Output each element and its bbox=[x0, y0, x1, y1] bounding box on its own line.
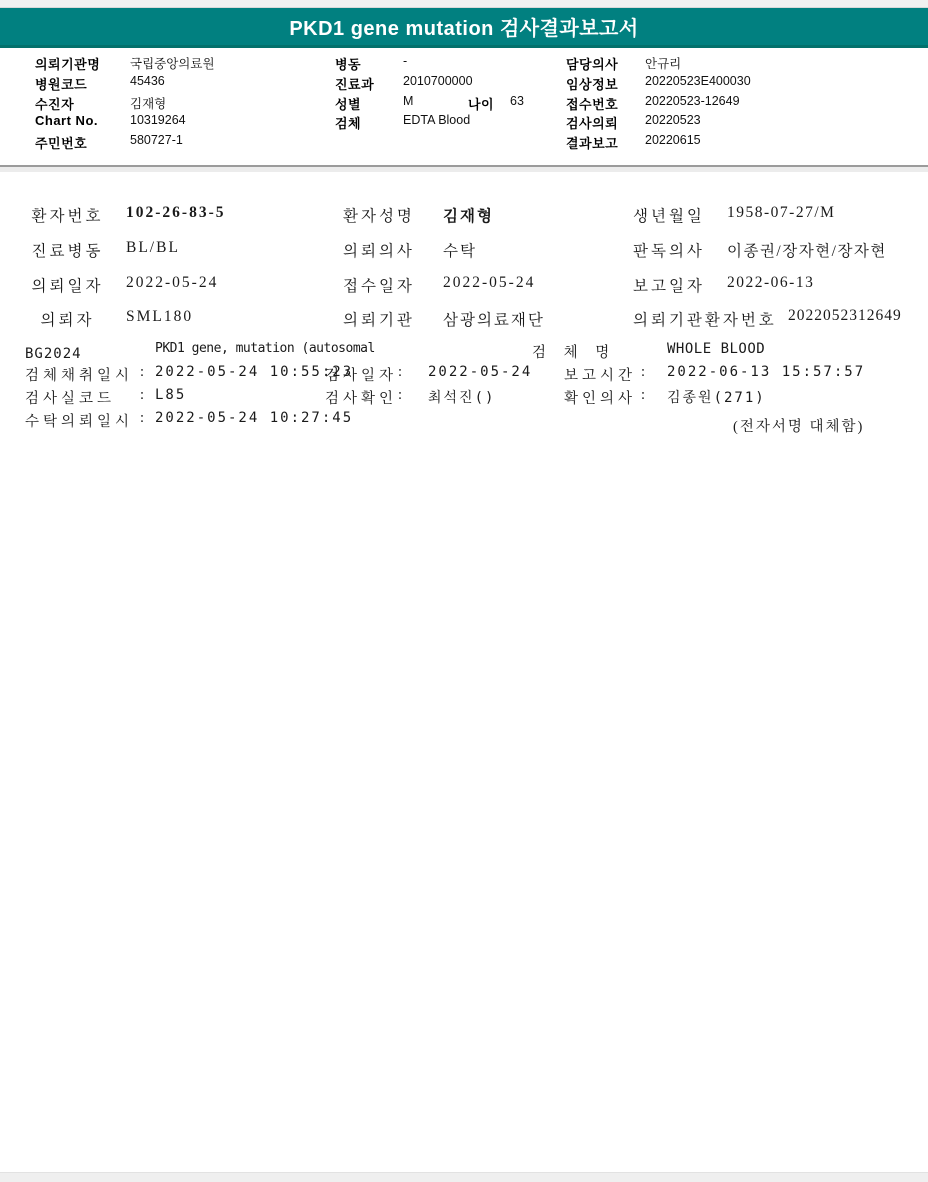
header-info-col2: 병동 - 진료과 2010700000 성별 M 나이 63 검체 EDTA B… bbox=[335, 54, 524, 133]
field-label: 임상정보 bbox=[566, 74, 645, 93]
patient-row: 의뢰일자 2022-05-24 접수일자 2022-05-24 보고일자 202… bbox=[0, 274, 928, 306]
field-value: 삼광의료재단 bbox=[443, 308, 545, 330]
report-title-bar: PKD1 gene mutation 검사결과보고서 bbox=[0, 8, 928, 48]
field-value: 2022-05-24 bbox=[443, 274, 535, 292]
header-field-row: 의뢰기관명 국립중앙의료원 bbox=[35, 54, 215, 74]
header-field-row: 결과보고 20220615 bbox=[566, 133, 751, 153]
field-label: 환자번호 bbox=[25, 204, 110, 226]
field-value: L85 bbox=[155, 387, 186, 403]
header-field-row-sex-age: 성별 M 나이 63 bbox=[335, 94, 524, 114]
field-label: 진료병동 bbox=[25, 239, 110, 261]
header-field-row: 검사의뢰 20220523 bbox=[566, 113, 751, 133]
header-info-col3: 담당의사 안규리 임상정보 20220523E400030 접수번호 20220… bbox=[566, 54, 751, 153]
colon-separator: : bbox=[641, 387, 645, 404]
field-value: 580727-1 bbox=[130, 133, 183, 147]
field-label: 의뢰기관 bbox=[343, 308, 415, 330]
colon-separator: : bbox=[641, 364, 645, 381]
field-value: 2022-05-24 bbox=[126, 274, 218, 292]
field-value: 20220523 bbox=[645, 113, 701, 127]
header-field-row: 주민번호 580727-1 bbox=[35, 133, 215, 153]
field-value: 10319264 bbox=[130, 113, 186, 127]
field-value: 2010700000 bbox=[403, 74, 473, 88]
header-field-row: 검체 EDTA Blood bbox=[335, 113, 524, 133]
header-field-row: 담당의사 안규리 bbox=[566, 54, 751, 74]
colon-separator: : bbox=[398, 364, 402, 381]
test-code: BG2024 bbox=[25, 346, 82, 362]
header-field-row: 진료과 2010700000 bbox=[335, 74, 524, 94]
field-value: 1958-07-27/M bbox=[727, 204, 835, 222]
field-value: 20220523E400030 bbox=[645, 74, 751, 88]
header-field-row: 접수번호 20220523-12649 bbox=[566, 94, 751, 114]
specimen-value: WHOLE BLOOD bbox=[667, 341, 765, 357]
field-label: 보고일자 bbox=[633, 274, 705, 296]
field-label: 확인의사 bbox=[564, 387, 636, 408]
header-field-row: 수진자 김재형 bbox=[35, 94, 215, 114]
field-label: 의뢰기관명 bbox=[35, 54, 130, 73]
test-name: PKD1 gene, mutation (autosomal bbox=[155, 341, 375, 356]
field-label: 의뢰의사 bbox=[343, 239, 415, 261]
field-value: 2022-05-24 10:27:45 bbox=[155, 410, 353, 426]
top-margin-strip bbox=[0, 0, 928, 8]
colon-separator: : bbox=[398, 387, 402, 404]
field-value: 63 bbox=[510, 94, 524, 108]
colon-separator: : bbox=[140, 410, 144, 427]
field-label: 생년월일 bbox=[633, 204, 705, 226]
field-value: 2022-06-13 15:57:57 bbox=[667, 364, 865, 380]
report-page: PKD1 gene mutation 검사결과보고서 의뢰기관명 국립중앙의료원… bbox=[0, 0, 928, 1182]
field-value: - bbox=[403, 54, 407, 68]
field-value: 수탁 bbox=[443, 239, 477, 261]
field-label: 접수번호 bbox=[566, 94, 645, 113]
field-value: EDTA Blood bbox=[403, 113, 470, 127]
field-value: SML180 bbox=[126, 308, 193, 326]
colon-separator: : bbox=[140, 364, 144, 381]
field-value: 2022-05-24 bbox=[428, 364, 532, 380]
field-value: BL/BL bbox=[126, 239, 180, 257]
header-field-row: 임상정보 20220523E400030 bbox=[566, 74, 751, 94]
header-field-row: Chart No. 10319264 bbox=[35, 113, 215, 133]
field-value: 2022-06-13 bbox=[727, 274, 814, 292]
electronic-signature-note: (전자서명 대체함) bbox=[733, 415, 864, 436]
report-title: PKD1 gene mutation 검사결과보고서 bbox=[289, 12, 638, 41]
test-detail-row: 수탁의뢰일시 : 2022-05-24 10:27:45 (전자서명 대체함) bbox=[0, 410, 928, 432]
field-label: 수탁의뢰일시 bbox=[25, 410, 133, 431]
field-value: 최석진() bbox=[428, 387, 495, 407]
field-value: 2022052312649 bbox=[788, 308, 904, 324]
colon-separator: : bbox=[140, 387, 144, 404]
header-info-col1: 의뢰기관명 국립중앙의료원 병원코드 45436 수진자 김재형 Chart N… bbox=[35, 54, 215, 153]
field-value: 안규리 bbox=[645, 54, 681, 72]
test-detail-row: 검체채취일시 : 2022-05-24 10:55:23 검사일자 : 2022… bbox=[0, 364, 928, 386]
field-label: 의뢰기관환자번호 bbox=[633, 308, 777, 330]
field-label: 진료과 bbox=[335, 74, 403, 93]
field-label: 보고시간 bbox=[564, 364, 636, 385]
field-label: 수진자 bbox=[35, 94, 130, 113]
field-label: 병동 bbox=[335, 54, 403, 73]
field-label: 검사확인 bbox=[325, 387, 397, 408]
field-label: 판독의사 bbox=[633, 239, 705, 261]
header-field-row: 병원코드 45436 bbox=[35, 74, 215, 94]
header-field-row: 병동 - bbox=[335, 54, 524, 74]
field-label: 의뢰자 bbox=[25, 308, 110, 330]
field-value: 45436 bbox=[130, 74, 165, 88]
patient-row: 의뢰자 SML180 의뢰기관 삼광의료재단 의뢰기관환자번호 20220523… bbox=[0, 308, 928, 340]
field-value: 국립중앙의료원 bbox=[130, 54, 215, 72]
field-label: 성별 bbox=[335, 94, 403, 113]
field-label: 검사일자 bbox=[325, 364, 397, 385]
field-value: 김재형 bbox=[130, 94, 166, 112]
field-label: 검체 bbox=[335, 113, 403, 132]
field-value: 이종권/장자현/장자현 bbox=[727, 239, 887, 261]
bottom-margin-strip bbox=[0, 1172, 928, 1182]
field-label: 담당의사 bbox=[566, 54, 645, 73]
patient-row: 환자번호 102-26-83-5 환자성명 김재형 생년월일 1958-07-2… bbox=[0, 204, 928, 236]
field-label: 결과보고 bbox=[566, 133, 645, 152]
field-value: M bbox=[403, 94, 468, 108]
field-label: Chart No. bbox=[35, 113, 130, 128]
field-label: 검사의뢰 bbox=[566, 113, 645, 132]
field-value: 20220615 bbox=[645, 133, 701, 147]
field-label: 검사실코드 bbox=[25, 387, 115, 408]
section-divider-shade bbox=[0, 167, 928, 172]
patient-number: 102-26-83-5 bbox=[126, 204, 226, 222]
field-value: 20220523-12649 bbox=[645, 94, 740, 108]
field-label: 병원코드 bbox=[35, 74, 130, 93]
field-label: 주민번호 bbox=[35, 133, 130, 152]
field-label: 환자성명 bbox=[343, 204, 415, 226]
field-value: 김종원(271) bbox=[667, 387, 766, 407]
patient-row: 진료병동 BL/BL 의뢰의사 수탁 판독의사 이종권/장자현/장자현 bbox=[0, 239, 928, 271]
patient-name: 김재형 bbox=[443, 204, 494, 226]
field-label: 나이 bbox=[468, 94, 510, 113]
field-label: 의뢰일자 bbox=[25, 274, 110, 296]
specimen-label: 검 체 명 bbox=[532, 341, 611, 362]
test-header-row: BG2024 PKD1 gene, mutation (autosomal 검 … bbox=[0, 341, 928, 363]
field-label: 접수일자 bbox=[343, 274, 415, 296]
field-label: 검체채취일시 bbox=[25, 364, 133, 385]
test-detail-row: 검사실코드 : L85 검사확인 : 최석진() 확인의사 : 김종원(271) bbox=[0, 387, 928, 409]
field-value: 2022-05-24 10:55:23 bbox=[155, 364, 353, 380]
